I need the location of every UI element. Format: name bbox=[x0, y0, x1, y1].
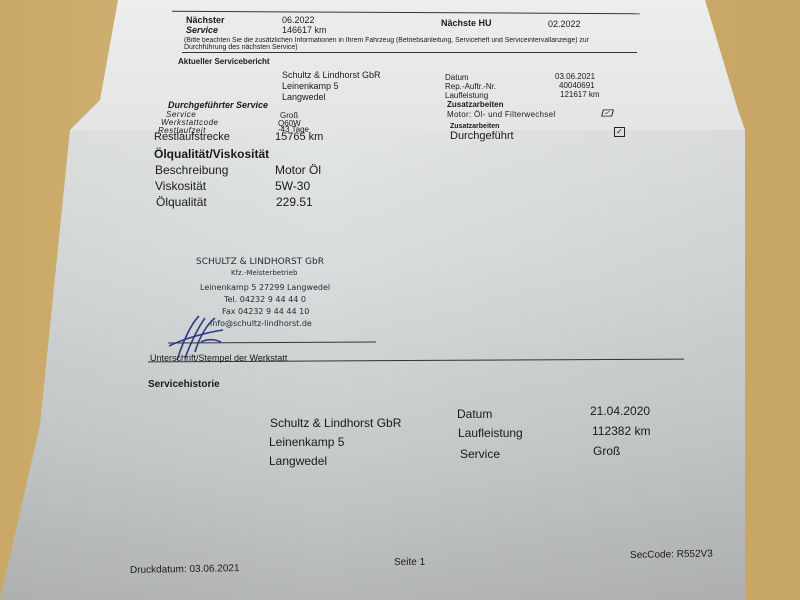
meta-value-datum: 03.06.2021 bbox=[555, 72, 595, 81]
meta-label-rep-nr: Rep.-Auftr.-Nr. bbox=[445, 82, 496, 91]
history-workshop-city: Langwedel bbox=[269, 454, 327, 468]
history-label-datum: Datum bbox=[457, 407, 492, 421]
stamp-fax: Fax 04232 9 44 44 10 bbox=[222, 307, 309, 316]
header-bottom-rule bbox=[182, 52, 637, 53]
meta-value-rep-nr: 40040691 bbox=[559, 81, 595, 90]
oil-value-beschreibung: Motor Öl bbox=[275, 163, 321, 177]
next-service-label-1: Nächster bbox=[186, 15, 225, 25]
checkmark-icon: ✓ bbox=[603, 110, 611, 116]
current-workshop-city: Langwedel bbox=[282, 92, 326, 102]
history-title: Servicehistorie bbox=[148, 379, 220, 390]
next-service-label-2: Service bbox=[186, 25, 218, 35]
next-service-date: 06.2022 bbox=[282, 15, 315, 25]
performed-service-title: Durchgeführter Service bbox=[168, 100, 268, 110]
history-value-service: Groß bbox=[593, 444, 620, 458]
extra-work-2-checkbox[interactable]: ✓ bbox=[614, 127, 625, 137]
checkmark-icon: ✓ bbox=[616, 127, 623, 136]
stamp-name: SCHULTZ & LINDHORST GbR bbox=[196, 257, 324, 267]
next-hu-date: 02.2022 bbox=[548, 19, 581, 29]
stamp-address: Leinenkamp 5 27299 Langwedel bbox=[200, 283, 330, 292]
extra-work-2-item: Durchgeführt bbox=[450, 130, 514, 142]
extra-work-2-title: Zusatzarbeiten bbox=[450, 123, 499, 130]
footer-sec-code: SecCode: R552V3 bbox=[630, 549, 713, 561]
meta-value-laufleistung: 121617 km bbox=[560, 90, 600, 99]
extra-work-1-title: Zusatzarbeiten bbox=[447, 100, 503, 109]
oil-label-viskositaet: Viskosität bbox=[155, 179, 206, 193]
footer-page: Seite 1 bbox=[394, 557, 425, 568]
footer-print-date: Druckdatum: 03.06.2021 bbox=[130, 563, 240, 576]
performed-value-restlaufstrecke: 15765 km bbox=[275, 131, 323, 143]
extra-work-1-checkbox[interactable]: ✓ bbox=[601, 110, 614, 117]
oil-value-oelqualitaet: 229.51 bbox=[276, 195, 313, 209]
oil-label-oelqualitaet: Ölqualität bbox=[156, 195, 207, 209]
extra-work-1-item: Motor: Öl- und Filterwechsel bbox=[447, 110, 555, 119]
history-label-service: Service bbox=[460, 447, 500, 461]
performed-label-restlaufstrecke: Restlaufstrecke bbox=[154, 131, 230, 143]
oil-title: Ölqualität/Viskosität bbox=[154, 147, 269, 161]
meta-label-laufleistung: Laufleistung bbox=[445, 91, 488, 100]
history-value-laufleistung: 112382 km bbox=[592, 424, 650, 438]
current-workshop-name: Schultz & Lindhorst GbR bbox=[282, 70, 381, 80]
header-note-line-1: (Bitte beachten Sie die zusätzlichen Inf… bbox=[184, 37, 589, 44]
history-label-laufleistung: Laufleistung bbox=[458, 426, 523, 440]
meta-label-datum: Datum bbox=[445, 73, 469, 82]
stamp-tel: Tel. 04232 9 44 44 0 bbox=[224, 295, 306, 304]
header-note-line-2: Durchführung des nächsten Service) bbox=[184, 44, 298, 51]
current-report-title: Aktueller Servicebericht bbox=[178, 57, 270, 66]
stamp-subtitle: Kfz.-Meisterbetrieb bbox=[231, 269, 297, 277]
oil-label-beschreibung: Beschreibung bbox=[155, 163, 228, 177]
next-hu-label: Nächste HU bbox=[441, 18, 492, 28]
history-workshop-street: Leinenkamp 5 bbox=[269, 435, 344, 449]
oil-value-viskositaet: 5W-30 bbox=[275, 179, 310, 193]
history-value-datum: 21.04.2020 bbox=[590, 404, 650, 418]
service-report-paper bbox=[0, 0, 800, 600]
history-workshop-name: Schultz & Lindhorst GbR bbox=[270, 416, 401, 430]
current-workshop-street: Leinenkamp 5 bbox=[282, 81, 339, 91]
next-service-km: 146617 km bbox=[282, 25, 327, 35]
